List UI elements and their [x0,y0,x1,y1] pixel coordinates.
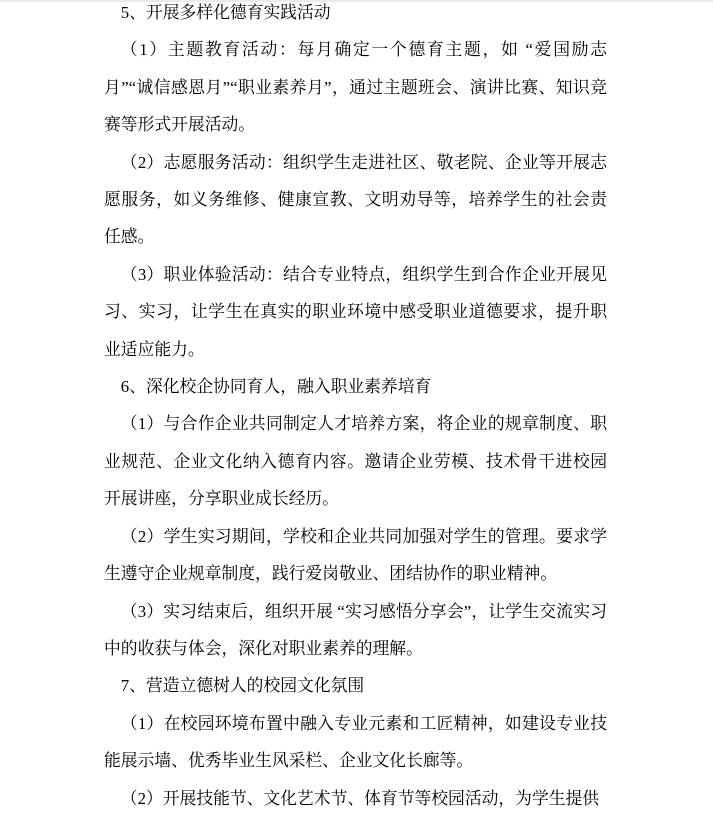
document-body: 5、开展多样化德育实践活动 （1）主题教育活动：每月确定一个德育主题，如 “爱国… [0,0,713,816]
paragraph-6-2: （2）学生实习期间，学校和企业共同加强对学生的管理。要求学生遵守企业规章制度，践… [104,518,607,593]
heading-section-5: 5、开展多样化德育实践活动 [104,0,607,31]
paragraph-5-3: （3）职业体验活动：结合专业特点，组织学生到合作企业开展见习、实习，让学生在真实… [104,256,607,368]
paragraph-7-1: （1）在校园环境布置中融入专业元素和工匠精神，如建设专业技能展示墙、优秀毕业生风… [104,705,607,780]
paragraph-5-2: （2）志愿服务活动：组织学生走进社区、敬老院、企业等开展志愿服务，如义务维修、健… [104,144,607,256]
paragraph-7-2-truncated: （2）开展技能节、文化艺术节、体育节等校园活动，为学生提供 [104,780,607,816]
paragraph-6-1: （1）与合作企业共同制定人才培养方案，将企业的规章制度、职业规范、企业文化纳入德… [104,405,607,517]
heading-section-7: 7、营造立德树人的校园文化氛围 [104,667,607,704]
paragraph-6-3: （3）实习结束后，组织开展 “实习感悟分享会”，让学生交流实习中的收获与体会，深… [104,593,607,668]
heading-section-6: 6、深化校企协同育人，融入职业素养培育 [104,368,607,405]
paragraph-5-1: （1）主题教育活动：每月确定一个德育主题，如 “爱国励志月”“诚信感恩月”“职业… [104,31,607,143]
